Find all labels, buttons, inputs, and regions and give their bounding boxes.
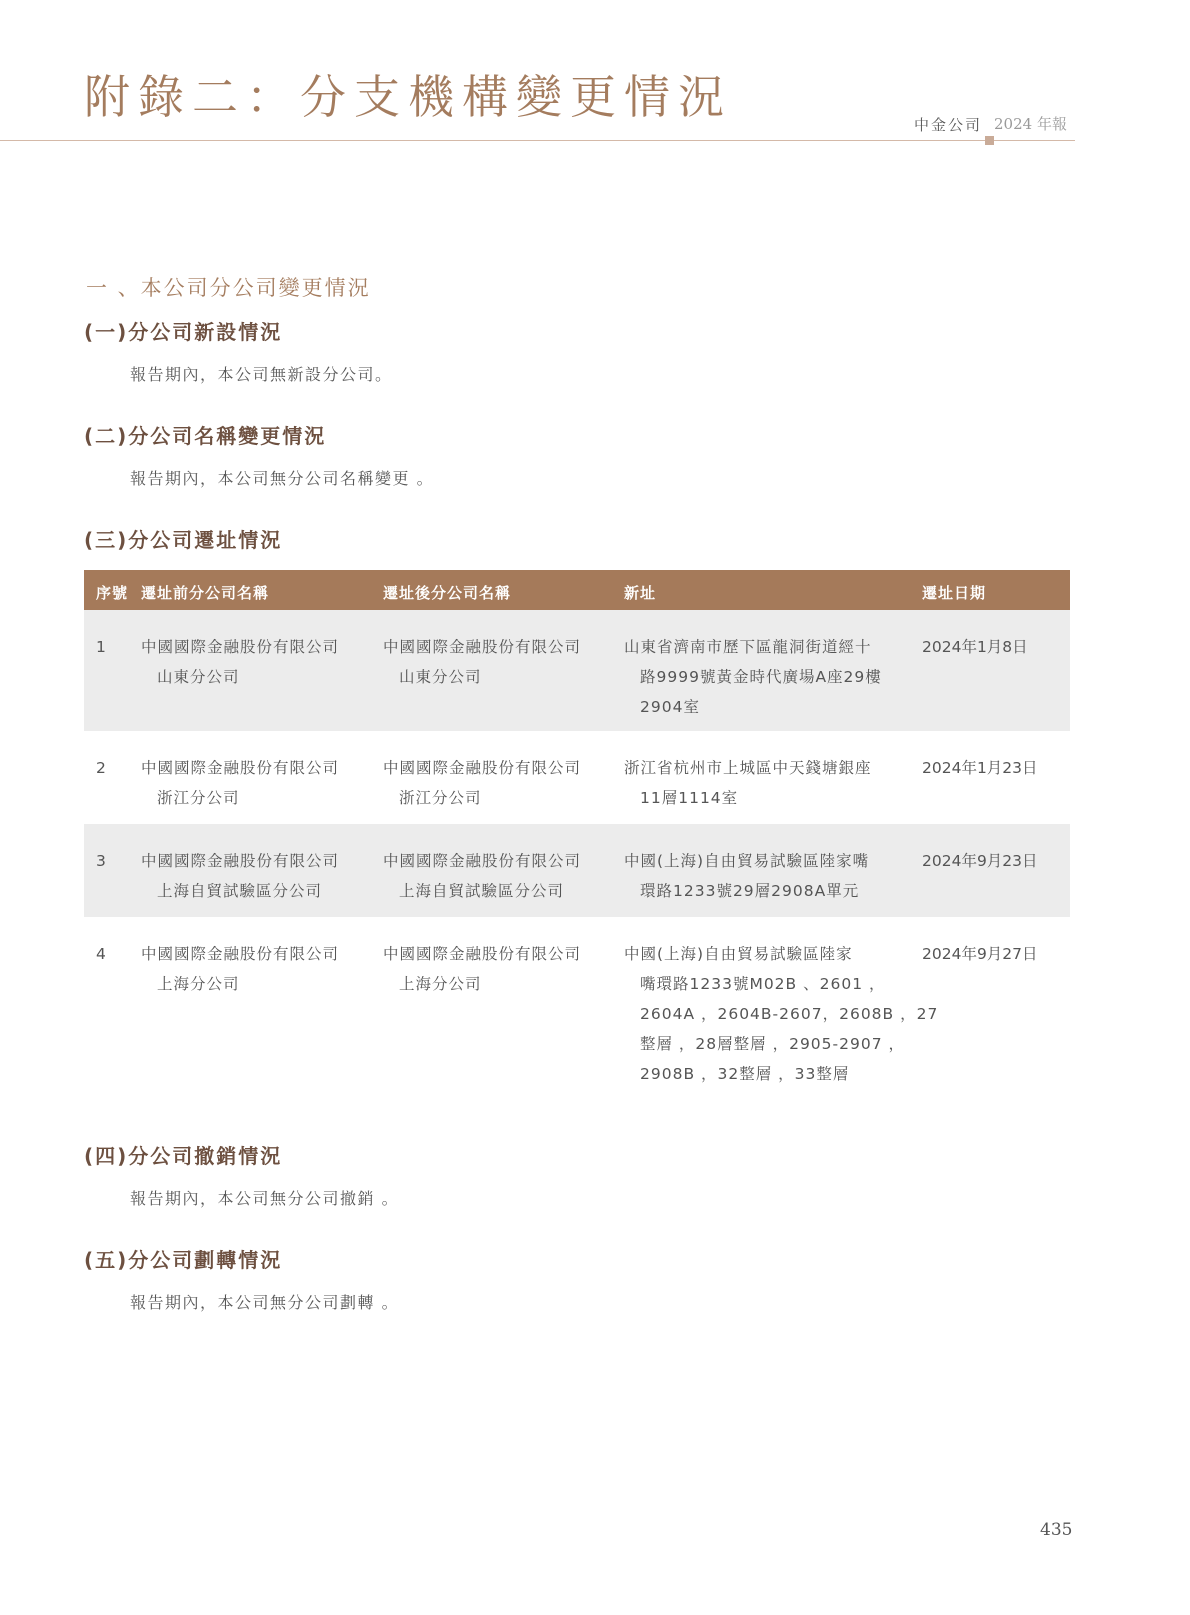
subsection-text-new: 報告期內，本公司無新設分公司。 — [130, 362, 393, 385]
before-line: 中國國際金融股份有限公司 — [141, 638, 339, 656]
after-line: 中國國際金融股份有限公司 — [383, 945, 581, 963]
subsection-heading-new: (一)分公司新設情況 — [84, 316, 282, 345]
after-line: 中國國際金融股份有限公司 — [383, 852, 581, 870]
row-address: 中國(上海)自由貿易試驗區陸家嘴 環路1233號29層2908A單元 — [624, 846, 869, 906]
row-no: 4 — [96, 939, 107, 969]
col-header-before: 遷址前分公司名稱 — [141, 582, 269, 603]
row-before: 中國國際金融股份有限公司 浙江分公司 — [141, 753, 339, 813]
after-line: 浙江分公司 — [383, 783, 581, 813]
address-line: 2908B ，32整層 ，33整層 — [624, 1059, 938, 1089]
row-after: 中國國際金融股份有限公司 上海分公司 — [383, 939, 581, 999]
section-heading: 一 、本公司分公司變更情況 — [86, 272, 371, 302]
before-line: 浙江分公司 — [141, 783, 339, 813]
row-after: 中國國際金融股份有限公司 上海自貿試驗區分公司 — [383, 846, 581, 906]
header-report-year: 2024 年報 — [994, 113, 1067, 134]
row-after: 中國國際金融股份有限公司 山東分公司 — [383, 632, 581, 692]
row-date: 2024年1月23日 — [922, 753, 1038, 783]
page-number: 435 — [1040, 1520, 1072, 1540]
before-line: 山東分公司 — [141, 662, 339, 692]
row-date: 2024年1月8日 — [922, 632, 1028, 662]
header-brand: 中金公司 — [914, 114, 982, 135]
table-row: 3 中國國際金融股份有限公司 上海自貿試驗區分公司 中國國際金融股份有限公司 上… — [84, 824, 1070, 917]
row-before: 中國國際金融股份有限公司 上海分公司 — [141, 939, 339, 999]
address-line: 路9999號黃金時代廣場A座29樓 — [624, 662, 882, 692]
header-square-marker — [985, 136, 994, 145]
subsection-text-cancel: 報告期內，本公司無分公司撤銷 。 — [130, 1186, 399, 1209]
subsection-heading-relocation: (三)分公司遷址情況 — [84, 524, 282, 553]
before-line: 中國國際金融股份有限公司 — [141, 852, 339, 870]
row-after: 中國國際金融股份有限公司 浙江分公司 — [383, 753, 581, 813]
table-header: 序號 遷址前分公司名稱 遷址後分公司名稱 新址 遷址日期 — [84, 570, 1070, 610]
table-row: 1 中國國際金融股份有限公司 山東分公司 中國國際金融股份有限公司 山東分公司 … — [84, 610, 1070, 731]
col-header-after: 遷址後分公司名稱 — [383, 582, 511, 603]
subsection-text-transfer: 報告期內，本公司無分公司劃轉 。 — [130, 1290, 399, 1313]
row-address: 中國(上海)自由貿易試驗區陸家 嘴環路1233號M02B 、2601 ， 260… — [624, 939, 938, 1089]
address-line: 中國(上海)自由貿易試驗區陸家嘴 — [624, 852, 869, 870]
address-line: 中國(上海)自由貿易試驗區陸家 — [624, 945, 853, 963]
row-address: 山東省濟南市歷下區龍洞街道經十 路9999號黃金時代廣場A座29樓 2904室 — [624, 632, 882, 722]
before-line: 上海自貿試驗區分公司 — [141, 876, 339, 906]
address-line: 山東省濟南市歷下區龍洞街道經十 — [624, 638, 872, 656]
row-date: 2024年9月27日 — [922, 939, 1038, 969]
address-line: 11層1114室 — [624, 783, 872, 813]
after-line: 中國國際金融股份有限公司 — [383, 638, 581, 656]
after-line: 山東分公司 — [383, 662, 581, 692]
page-title: 附錄二：分支機構變更情況 — [84, 74, 732, 120]
before-line: 中國國際金融股份有限公司 — [141, 945, 339, 963]
table-row: 2 中國國際金融股份有限公司 浙江分公司 中國國際金融股份有限公司 浙江分公司 … — [84, 731, 1070, 824]
after-line: 上海自貿試驗區分公司 — [383, 876, 581, 906]
subsection-text-rename: 報告期內，本公司無分公司名稱變更 。 — [130, 466, 434, 489]
table-row: 4 中國國際金融股份有限公司 上海分公司 中國國際金融股份有限公司 上海分公司 … — [84, 917, 1070, 1107]
address-line: 浙江省杭州市上城區中天錢塘銀座 — [624, 759, 872, 777]
relocation-table: 序號 遷址前分公司名稱 遷址後分公司名稱 新址 遷址日期 1 中國國際金融股份有… — [84, 570, 1070, 1107]
subsection-heading-transfer: (五)分公司劃轉情況 — [84, 1244, 282, 1273]
row-no: 1 — [96, 632, 107, 662]
subsection-heading-rename: (二)分公司名稱變更情況 — [84, 420, 326, 449]
address-line: 2904室 — [624, 692, 882, 722]
before-line: 上海分公司 — [141, 969, 339, 999]
row-address: 浙江省杭州市上城區中天錢塘銀座 11層1114室 — [624, 753, 872, 813]
address-line: 環路1233號29層2908A單元 — [624, 876, 869, 906]
col-header-no: 序號 — [96, 582, 128, 603]
after-line: 上海分公司 — [383, 969, 581, 999]
row-date: 2024年9月23日 — [922, 846, 1038, 876]
row-no: 2 — [96, 753, 107, 783]
after-line: 中國國際金融股份有限公司 — [383, 759, 581, 777]
row-before: 中國國際金融股份有限公司 山東分公司 — [141, 632, 339, 692]
title-rule — [0, 140, 1075, 141]
row-no: 3 — [96, 846, 107, 876]
address-line: 整層 ，28層整層 ，2905-2907 ， — [624, 1029, 938, 1059]
col-header-address: 新址 — [624, 582, 656, 603]
address-line: 嘴環路1233號M02B 、2601 ， — [624, 969, 938, 999]
address-line: 2604A ，2604B-2607，2608B ，27 — [624, 999, 938, 1029]
col-header-date: 遷址日期 — [922, 582, 986, 603]
row-before: 中國國際金融股份有限公司 上海自貿試驗區分公司 — [141, 846, 339, 906]
before-line: 中國國際金融股份有限公司 — [141, 759, 339, 777]
subsection-heading-cancel: (四)分公司撤銷情況 — [84, 1140, 282, 1169]
